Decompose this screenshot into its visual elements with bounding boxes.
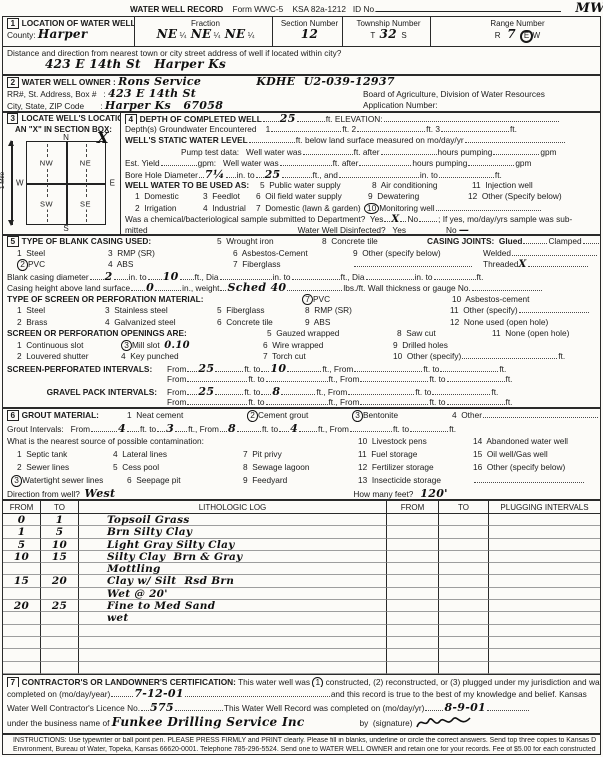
section-owner: 2WATER WELL OWNER : Rons ServiceKDHE U2-… (2, 75, 601, 112)
dashed-line (47, 144, 48, 222)
dotted-fill (583, 237, 600, 244)
lith-to-value: 10 (52, 539, 67, 551)
ft-from-label: ft., From (188, 424, 219, 434)
dotted-fill (360, 375, 428, 382)
screen-intervals-label: SCREEN-PERFORATED INTERVALS: (7, 364, 167, 375)
col-header-to: TO (41, 501, 79, 514)
dotted-fill (280, 159, 332, 166)
option: 7 Domestic (lawn & garden) (256, 203, 364, 214)
ft-from-label: ft., From (318, 424, 349, 434)
option: 9 Feedyard (243, 474, 358, 487)
dotted-fill (261, 365, 269, 372)
ft-label: ft. (449, 424, 456, 434)
plug-from-cell (387, 662, 439, 674)
lith-log-value: Topsoil Grass (107, 514, 190, 526)
lith-to-cell: 15 (41, 551, 79, 563)
dotted-fill (187, 398, 247, 405)
lith-from-cell: 15 (3, 575, 41, 587)
distance-value: 423 E 14th St Harper Ks (45, 59, 226, 71)
range-label: Range Number (490, 19, 544, 28)
cement-grout-label: Cement grout (258, 410, 308, 420)
feet-value: 120' (420, 487, 448, 500)
range-r: R (495, 31, 501, 40)
option: 10 Other (specify) (393, 351, 461, 363)
elevation-label: ft. ELEVATION: (326, 114, 383, 124)
ft-dia-label: ft., Dia (195, 272, 219, 282)
sample-no-label: No (407, 214, 418, 224)
option: 2 Irrigation (135, 203, 203, 214)
dotted-fill (161, 159, 197, 166)
ft-to-label: ft. to (248, 397, 264, 407)
lith-from-cell (3, 637, 41, 649)
quarter-glyph: ¼ (248, 31, 255, 40)
option: 4 Key punched (121, 351, 263, 363)
quadrant-ne: NE (80, 157, 91, 168)
plug-interval-cell (489, 612, 600, 624)
dotted-fill (187, 388, 197, 395)
plug-to-cell (439, 539, 489, 551)
owner-value: Rons Service (118, 76, 201, 88)
dotted-fill (220, 273, 272, 280)
in-to-label: in. to (420, 170, 438, 180)
lith-from-value: 20 (14, 600, 29, 612)
circled-option-3: 3 (352, 410, 363, 422)
plug-from-cell (387, 600, 439, 612)
dotted-fill (462, 352, 557, 359)
record-completed-label: This Water Well Record was completed on … (224, 703, 425, 713)
option: 8 RMP (SR) (305, 305, 450, 317)
hand-well-id: MW#8 (575, 1, 603, 16)
option: 1 Continuous slot (17, 340, 121, 352)
instructions-footer: INSTRUCTIONS: Use typewriter or ball poi… (2, 734, 601, 755)
option: 12 Other (Specify below) (468, 191, 562, 202)
dotted-fill (366, 273, 414, 280)
dotted-fill (261, 388, 271, 395)
option: 7 Torch cut (263, 351, 393, 363)
plug-from-cell (387, 526, 439, 538)
dotted-fill (157, 425, 165, 432)
circled-option-1: 1 (312, 677, 323, 687)
dotted-fill (226, 171, 236, 178)
groundwater-2: ft. 2 (342, 124, 356, 134)
quadrant-nw: NW (40, 157, 54, 168)
dotted-fill (237, 425, 261, 432)
dotted-fill (360, 398, 428, 405)
certification-title: CONTRACTOR'S OR LANDOWNER'S CERTIFICATIO… (22, 677, 236, 687)
plug-to-cell (439, 662, 489, 674)
one-mile-arrow (11, 141, 13, 225)
cert-text-1: This water well was (238, 677, 310, 687)
lith-from-value: 5 (18, 539, 26, 551)
dotted-fill (271, 125, 341, 132)
plug-from-cell (387, 551, 439, 563)
range-east-circled: E (520, 30, 532, 43)
bentonite-label: Bentonite (363, 410, 398, 420)
dotted-fill (155, 284, 181, 291)
col-header-log: LITHOLOGIC LOG (79, 501, 387, 514)
lith-log-cell: Wet @ 20' (79, 588, 387, 600)
section-locate-box: 3LOCATE WELL'S LOCATION WITH AN "X" IN S… (3, 113, 121, 234)
depth-label: DEPTH OF COMPLETED WELL (140, 114, 262, 124)
plug-from-cell (387, 514, 439, 526)
openings-title: SCREEN OR PERFORATION OPENINGS ARE: (7, 328, 267, 340)
dotted-fill (299, 425, 317, 432)
section-depth: 4DEPTH OF COMPLETED WELL25ft. ELEVATION:… (121, 113, 600, 234)
township-s: S (401, 31, 406, 40)
option: 8 Saw cut (397, 328, 492, 340)
lith-to-cell (41, 662, 79, 674)
screen-pvc-label: PVC (313, 294, 330, 304)
lith-to-value: 15 (52, 551, 67, 563)
section-location: 1LOCATION OF WATER WELL: County: Harper … (2, 16, 601, 75)
direction-value: West (84, 487, 115, 500)
county-label: County: (7, 30, 36, 40)
disinfect-question: Water Well Disinfected? Yes (298, 225, 406, 235)
circled-option-10: 10 (364, 203, 379, 214)
section-1-badge: 1 (7, 18, 19, 29)
option: 9 Drilled holes (393, 340, 448, 352)
lith-log-value: Fine to Med Sand (107, 600, 215, 612)
township-cell: Township Number T 32 S (343, 17, 431, 46)
plug-from-cell (387, 625, 439, 637)
south-label: S (63, 223, 68, 234)
ft-from-label: ft., From (316, 387, 347, 397)
township-value: 32 (380, 29, 397, 41)
gravel-pack-label: GRAVEL PACK INTERVALS: (7, 387, 167, 398)
hand-x-mark: X (97, 133, 109, 144)
bore-hole-label: Bore Hole Diameter (125, 170, 198, 180)
hours-pumping-label: hours pumping (438, 147, 493, 157)
circled-option-3: 3 (11, 475, 22, 487)
lith-log-value: Clay w/ Silt Rsd Brn (107, 575, 234, 587)
lith-to-cell: 25 (41, 600, 79, 612)
option: 3 RMP (SR) (108, 248, 233, 260)
lith-log-cell: wet (79, 612, 387, 624)
section-number-value: 12 (301, 29, 318, 41)
groundwater-label: Depth(s) Groundwater Encountered 1 (125, 124, 270, 134)
plug-to-cell (439, 514, 489, 526)
range-w: W (533, 31, 541, 40)
grout-intervals-label: Grout Intervals: From (7, 424, 90, 434)
address-value: 423 E 14th St (108, 88, 196, 100)
plug-to-cell (439, 625, 489, 637)
dotted-fill (441, 125, 509, 132)
lith-from-value: 10 (14, 551, 29, 563)
dotted-fill (287, 284, 342, 291)
form-header: WATER WELL RECORD Form WWC-5 KSA 82a-121… (0, 3, 603, 15)
lith-log-cell: Silty Clay Brn & Gray (79, 551, 387, 563)
grout-to-2: 4 (290, 422, 298, 435)
dotted-fill (141, 704, 149, 711)
dotted-fill (292, 273, 340, 280)
welded-label: Welded (483, 248, 511, 258)
lith-to-value: 5 (56, 526, 64, 538)
dotted-fill (359, 159, 411, 166)
static-level-label: WELL'S STATIC WATER LEVEL (125, 135, 248, 145)
dotted-fill (127, 425, 139, 432)
section-1-title: LOCATION OF WATER WELL: (22, 18, 134, 28)
section-3-badge: 3 (7, 113, 18, 124)
instructions-line-1: INSTRUCTIONS: Use typewriter or ball poi… (9, 737, 596, 746)
plug-to-cell (439, 563, 489, 575)
plug-from-cell (387, 539, 439, 551)
dotted-fill (523, 237, 547, 244)
option: 1 Neat cement (127, 409, 247, 422)
dotted-fill (410, 425, 448, 432)
city-label: City, State, ZIP Code : (7, 101, 103, 111)
casing-depth-value: 10 (163, 271, 179, 283)
dotted-fill (187, 375, 247, 382)
dotted-fill (175, 704, 223, 711)
ft-label: ft. (510, 124, 517, 134)
dotted-fill (432, 388, 490, 395)
feet-label: How many feet? (353, 489, 413, 499)
lith-from-cell: 10 (3, 551, 41, 563)
plug-to-cell (439, 649, 489, 661)
lith-to-cell: 1 (41, 514, 79, 526)
dotted-fill (303, 148, 353, 155)
lith-log-value: Light Gray Silty Clay (107, 539, 235, 551)
dotted-fill (474, 476, 584, 483)
watertight-label: Watertight sewer lines (22, 475, 103, 485)
ft-to-label: ft. to (248, 374, 264, 384)
lith-from-cell (3, 588, 41, 600)
dotted-fill (447, 375, 505, 382)
plug-interval-cell (489, 539, 600, 551)
option: 5 Gauzed wrapped (267, 328, 397, 340)
ft-label: ft. (477, 272, 484, 282)
dotted-fill (266, 398, 328, 405)
dotted-fill (279, 425, 289, 432)
dotted-fill (263, 115, 279, 122)
business-name-label: under the business name of (7, 718, 109, 728)
plug-interval-cell (489, 514, 600, 526)
col-header-from2: FROM (387, 501, 439, 514)
lith-log-cell (79, 662, 387, 674)
dotted-fill (419, 215, 437, 222)
ft-to-label: ft. to (262, 424, 278, 434)
plug-to-cell (439, 600, 489, 612)
ft-from-label: ft., From (322, 364, 353, 374)
lith-log-value: Brn Silty Clay (107, 526, 192, 538)
lith-to-value: 20 (52, 575, 67, 587)
lith-log-cell: Light Gray Silty Clay (79, 539, 387, 551)
contamination-question: What is the nearest source of possible c… (7, 435, 358, 448)
lith-from-cell: 5 (3, 539, 41, 551)
distance-question: Distance and direction from nearest town… (7, 48, 341, 58)
lith-to-cell: 20 (41, 575, 79, 587)
grout-from-2: 8 (228, 422, 236, 435)
dotted-fill (114, 273, 128, 280)
lith-log-value: Mottling (107, 563, 161, 575)
fraction-3: NE (225, 29, 246, 41)
lith-log-cell: Mottling (79, 563, 387, 575)
dotted-fill (512, 249, 597, 256)
west-label: W (16, 178, 24, 189)
from-label: From (167, 374, 186, 384)
option: 6 Wire wrapped (263, 340, 393, 352)
fraction-1: NE (157, 29, 178, 41)
option: 11 None (open hole) (492, 328, 569, 340)
dotted-fill (400, 215, 406, 222)
plug-from-cell (387, 637, 439, 649)
dotted-fill (287, 365, 321, 372)
in-to-label: in. to (273, 272, 291, 282)
dotted-fill (215, 388, 243, 395)
dotted-fill (266, 375, 328, 382)
option: 11 Injection well (472, 180, 533, 191)
option: 11 Other (specify) (450, 305, 518, 317)
from-label: From (167, 364, 186, 374)
licence-label: Water Well Contractor's Licence No. (7, 703, 140, 713)
dotted-fill (185, 690, 330, 697)
business-name-value: Funkee Drilling Service Inc (112, 715, 305, 729)
cert-text-2: constructed, (2) reconstructed, or (3) p… (326, 677, 600, 687)
static-level-tail: ft. below land surface measured on mo/da… (296, 135, 464, 145)
address-label: RR#, St. Address, Box # : (7, 89, 106, 99)
form-title: WATER WELL RECORD (130, 4, 223, 14)
dotted-fill (472, 284, 542, 291)
dotted-fill (487, 704, 529, 711)
in-to-label: in. to (415, 272, 433, 282)
dotted-fill (249, 136, 295, 143)
sample-tail-2: mitted (125, 225, 148, 235)
quarter-glyph: ¼ (214, 31, 221, 40)
ft-dia-label: ft., Dia (341, 272, 365, 282)
dotted-fill (111, 690, 133, 697)
gravel-interval-from: 25 (198, 386, 214, 398)
lith-from-value: 0 (18, 514, 26, 526)
east-label: E (110, 178, 115, 189)
dotted-fill (199, 171, 204, 178)
lith-log-value: Silty Clay Brn & Gray (107, 551, 243, 563)
option: 8 Concrete tile (322, 236, 427, 248)
circled-option-2: 2 (247, 410, 258, 422)
ksa-reference: KSA 82a-1212 (292, 4, 346, 14)
pvc-label: PVC (28, 259, 45, 269)
threaded-x-mark: X (519, 259, 527, 270)
dotted-fill (434, 273, 476, 280)
dotted-fill (384, 215, 390, 222)
lith-from-cell (3, 625, 41, 637)
screen-interval-from: 25 (198, 363, 214, 375)
in-to-label: in. to (129, 272, 147, 282)
lith-from-cell: 20 (3, 600, 41, 612)
lith-log-value: Wet @ 20' (107, 588, 168, 600)
township-t: T (370, 31, 375, 40)
signature-scribble (415, 715, 473, 729)
plug-interval-cell (489, 600, 600, 612)
option: 1 Steel (17, 248, 108, 260)
quadrant-se: SE (80, 198, 91, 209)
lith-to-value: 1 (56, 514, 64, 526)
dotted-fill (90, 273, 104, 280)
completed-date-value: 7-12-01 (134, 687, 184, 700)
plug-from-cell (387, 612, 439, 624)
ft-to-label: ft. to (429, 397, 445, 407)
plug-from-cell (387, 649, 439, 661)
section-3-title-1: LOCATE WELL'S LOCATION WITH (21, 114, 120, 123)
record-date-value: 8-9-01 (444, 701, 486, 714)
dotted-fill (436, 204, 541, 211)
direction-label: Direction from well? (7, 489, 80, 499)
plug-interval-cell (489, 625, 600, 637)
dotted-fill (519, 306, 589, 313)
option: 4 Galvanized steel (105, 317, 217, 329)
option: 5 Public water supply (260, 180, 372, 191)
pump-test-label: Pump test data: Well water was (181, 147, 302, 157)
dotted-fill (493, 148, 539, 155)
gravel-interval-to: 8 (272, 386, 280, 398)
option: 13 Insecticide storage (358, 474, 473, 487)
section-box-diagram: NW NE SW SE N S W E X (26, 141, 106, 225)
lith-to-cell (41, 612, 79, 624)
lith-to-cell (41, 625, 79, 637)
lith-to-value: 25 (52, 600, 67, 612)
option: 14 Abandoned water well (473, 435, 568, 448)
screen-material-title: TYPE OF SCREEN OR PERFORATION MATERIAL: (7, 294, 302, 306)
section-middle: 3LOCATE WELL'S LOCATION WITH AN "X" IN S… (2, 112, 601, 235)
casing-height-value: 0 (146, 282, 154, 294)
sample-question: Was a chemical/bacteriological sample su… (125, 214, 383, 224)
ft-label: ft. (558, 351, 565, 361)
cert-text-3: and this record is true to the best of m… (331, 689, 587, 699)
dotted-fill (381, 148, 437, 155)
lith-from-cell (3, 649, 41, 661)
ft-label: ft. (495, 170, 502, 180)
circled-option-7: 7 (302, 294, 313, 306)
depth-value: 25 (280, 113, 296, 124)
gpm-label: gpm (540, 147, 556, 157)
section-casing: 5TYPE OF BLANK CASING USED:5 Wrought iro… (2, 235, 601, 408)
dotted-fill (440, 365, 498, 372)
section-number-cell: Section Number 12 (273, 17, 343, 46)
one-mile-label: 1 Mile (0, 172, 8, 189)
plug-to-cell (439, 612, 489, 624)
dotted-fill (468, 159, 514, 166)
section-4-badge: 4 (125, 114, 137, 124)
application-number-label: Application Number: (363, 100, 595, 111)
north-label: N (63, 132, 69, 143)
lith-log-cell (79, 625, 387, 637)
casing-diameter-label: Blank casing diameter (7, 272, 89, 282)
section-2-title: WATER WELL OWNER : (22, 77, 116, 87)
dotted-fill (425, 704, 443, 711)
bore-diameter-value: 7¼ (205, 169, 225, 180)
sample-tail: ; If yes, mo/day/yrs sample was sub- (438, 214, 572, 224)
option: 1 Septic tank (17, 448, 113, 461)
dotted-fill (483, 411, 598, 418)
casing-joints-label: CASING JOINTS: Glued (427, 236, 522, 246)
lithologic-table: FROM TO LITHOLOGIC LOG FROM TO PLUGGING … (2, 500, 601, 674)
screen-interval-to: 10 (270, 363, 286, 375)
dotted-fill (220, 284, 226, 291)
lith-from-value: 15 (14, 575, 29, 587)
section-2-badge: 2 (7, 77, 19, 88)
option: 7 Pit privy (243, 448, 358, 461)
lith-log-cell: Clay w/ Silt Rsd Brn (79, 575, 387, 587)
plug-from-cell (387, 563, 439, 575)
plug-interval-cell (489, 563, 600, 575)
option: 9 Other (specify below) (353, 248, 483, 260)
lith-from-value: 1 (18, 526, 26, 538)
dotted-fill (528, 260, 588, 267)
plug-interval-cell (489, 662, 600, 674)
gpm-label: gpm (515, 158, 531, 168)
section-number-label: Section Number (281, 19, 338, 28)
water-well-record-form: WATER WELL RECORD Form WWC-5 KSA 82a-121… (0, 0, 603, 757)
mill-slot-value: 0.10 (164, 340, 190, 351)
